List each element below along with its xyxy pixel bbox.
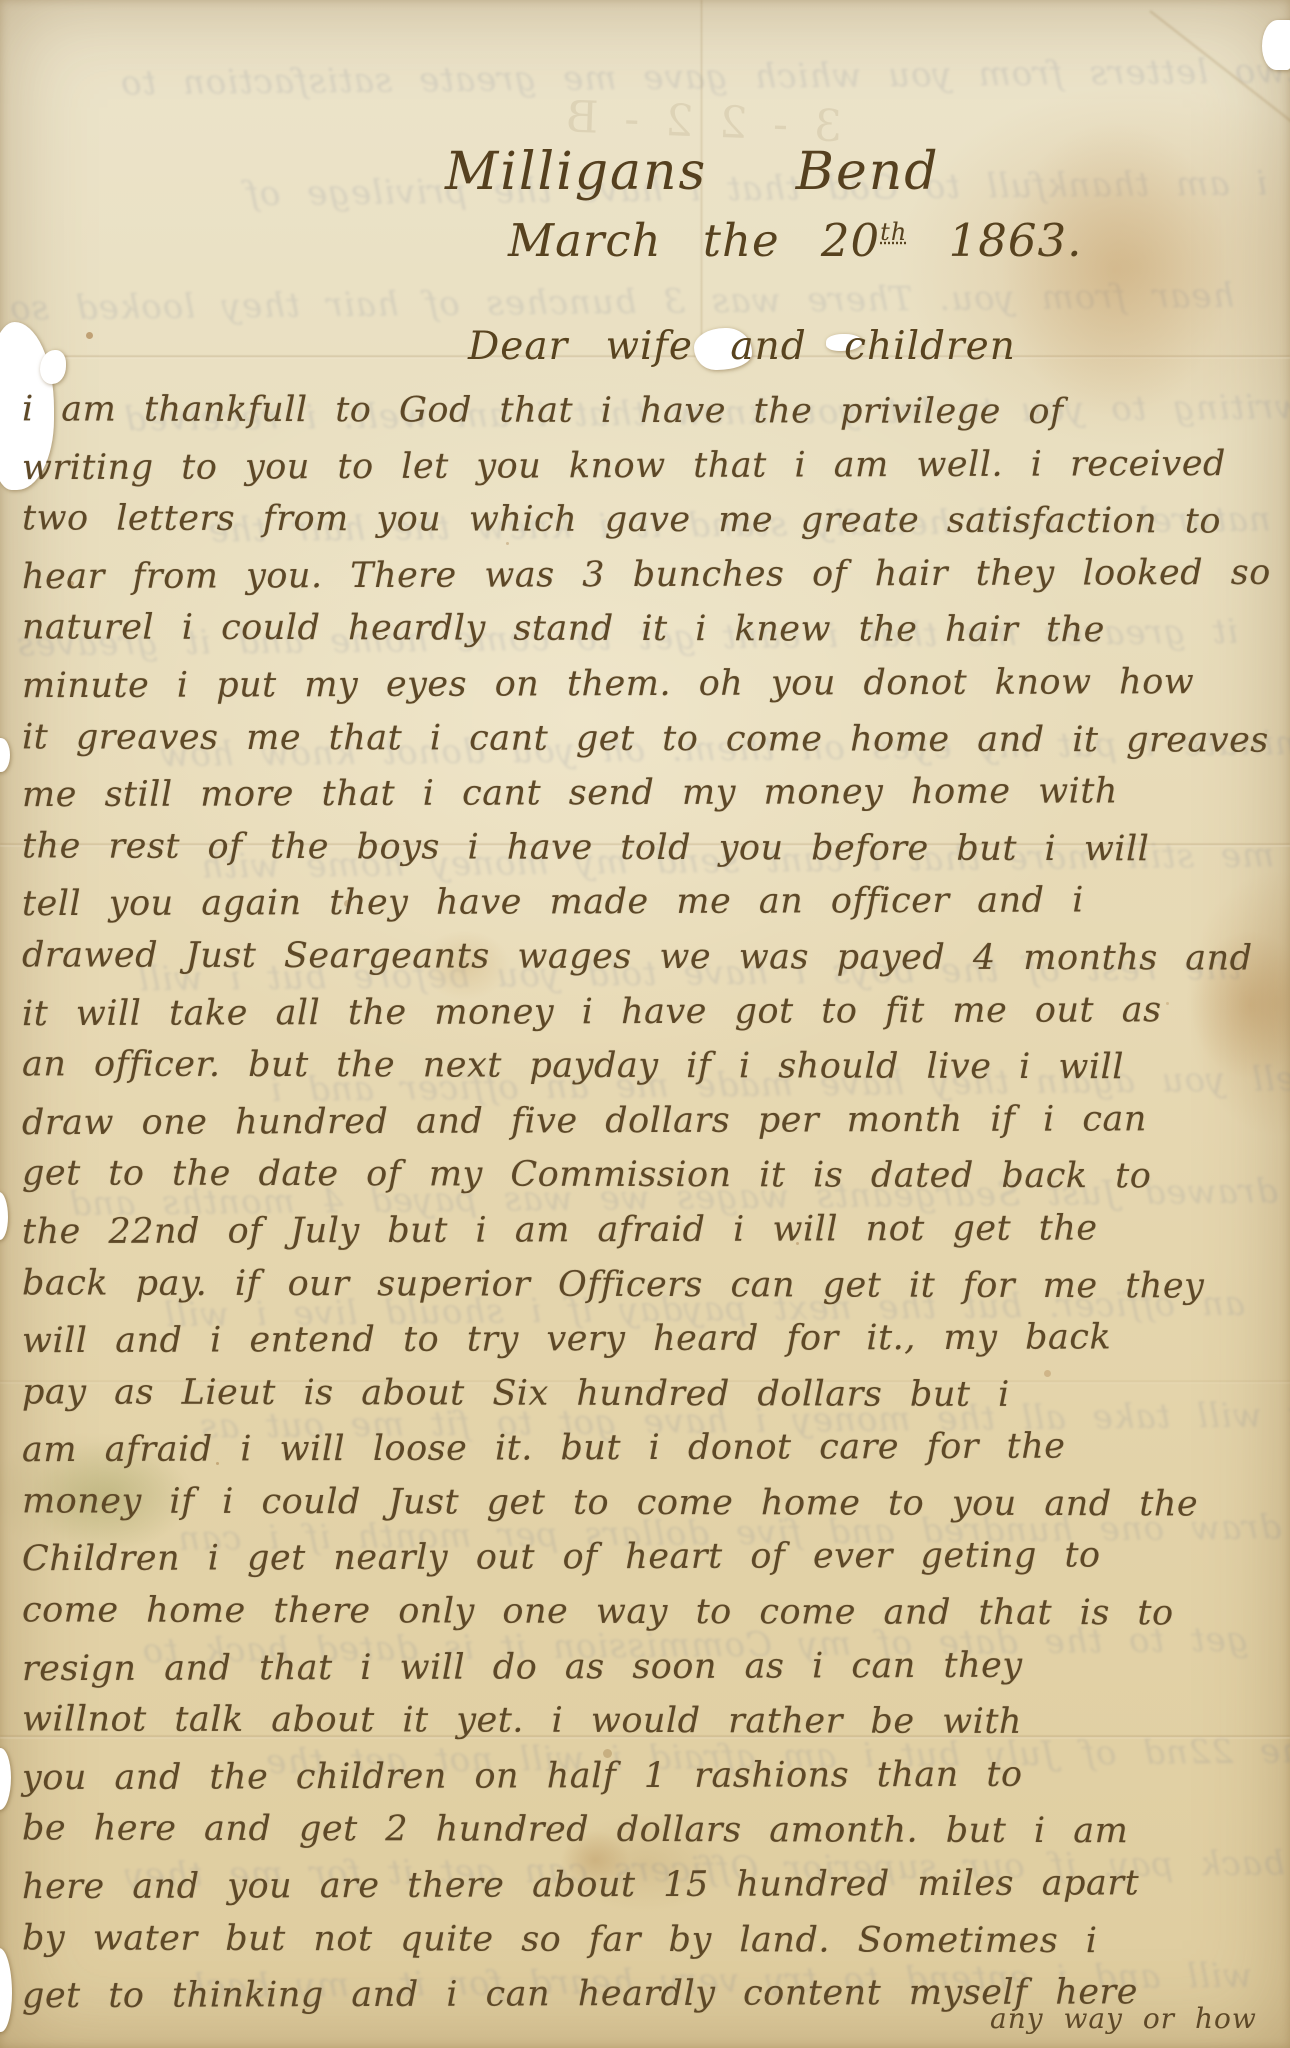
letter-line: me still more that i cant send my money … [22,764,1274,823]
torn-edge-nick [0,1192,8,1240]
letter-line: the 22nd of July but i am afraid i will … [22,1201,1274,1260]
letter-line: willnot talk about it yet. i would rathe… [22,1693,1274,1751]
letter-line: you and the children on half 1 rashions … [22,1747,1274,1806]
letter-line: draw one hundred and five dollars per mo… [22,1092,1274,1151]
torn-edge-nick [0,1948,12,2032]
letter-line: am afraid i will loose it. but i donot c… [22,1419,1274,1478]
letter-place-line: Milligans Bend [445,142,940,202]
torn-hole [40,350,66,384]
letter-line: naturel i could heardly stand it i knew … [22,601,1274,659]
letter-line: by water but not quite so far by land. S… [22,1911,1274,1969]
letter-line: writing to you to let you know that i am… [22,436,1274,495]
letter-salutation: Dear wife and children [468,324,1016,369]
torn-chip [1262,20,1290,70]
date-year: 1863. [907,214,1082,267]
torn-edge-nick [0,1748,11,1810]
letter-line: pay as Lieut is about Six hundred dollar… [22,1365,1274,1423]
letter-line: i am thankfull to God that i have the pr… [22,382,1274,440]
letter-line: will and i entend to try very heard for … [22,1310,1274,1369]
letter-line: come home there only one way to come and… [22,1583,1274,1641]
letter-line: here and you are there about 15 hundred … [22,1856,1274,1915]
letter-line: it will take all the money i have got to… [22,982,1274,1041]
stain [1000,120,1230,420]
letter-body: i am thankfull to God that i have the pr… [22,384,1274,2022]
bleedthrough-line: hear from you. There was 3 bunches of ha… [9,276,1235,329]
letter-line: drawed Just Seargeants wages we was paye… [22,928,1274,986]
letter-line: it greaves me that i cant get to come ho… [22,710,1274,768]
letter-line: back pay. if our superior Officers can g… [22,1256,1274,1314]
torn-edge-nick [0,738,10,772]
letter-closing: any way or how [990,2002,1257,2035]
letter-line: an officer. but the next payday if i sho… [22,1037,1274,1095]
letter-line: the rest of the boys i have told you bef… [22,819,1274,877]
letter-line: two letters from you which gave me great… [22,492,1274,550]
foxing-specks [86,332,93,339]
date-ordinal-suffix: th [880,218,907,246]
letter-line: hear from you. There was 3 bunches of ha… [22,546,1274,605]
letter-line: be here and get 2 hundred dollars amonth… [22,1802,1274,1860]
letter-line: money if i could Just get to come home t… [22,1474,1274,1532]
letter-line: get to the date of my Commission it is d… [22,1147,1274,1205]
letter-date-line: March the 20th 1863. [508,214,1082,267]
letter-line: resign and that i will do as soon as i c… [22,1637,1274,1696]
date-prefix: March the 20 [508,214,880,267]
letter-line: minute i put my eyes on them. oh you don… [22,655,1274,714]
letter-line: Children i get nearly out of heart of ev… [22,1528,1274,1587]
letter-page: two letters from you which gave me great… [0,0,1290,2048]
letter-line: tell you again they have made me an offi… [22,873,1274,932]
